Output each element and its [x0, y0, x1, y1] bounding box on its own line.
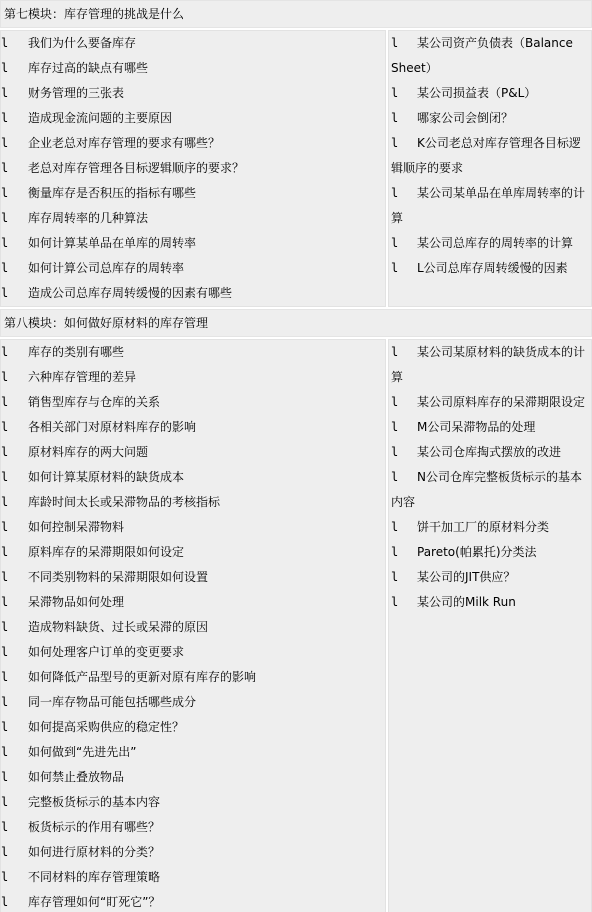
topic-item: l造成现金流问题的主要原因: [1, 106, 385, 131]
topic-text: 如何计算某原材料的缺货成本: [28, 470, 184, 484]
bullet-marker: l: [391, 231, 417, 256]
bullet-marker: l: [1, 890, 28, 912]
case-item: l哪家公司会倒闭？: [391, 106, 591, 131]
case-item: lN公司仓库完整板货标示的基本内容: [391, 465, 591, 515]
topic-text: 造成现金流问题的主要原因: [28, 111, 172, 125]
bullet-marker: l: [1, 390, 28, 415]
bullet-marker: l: [1, 690, 28, 715]
bullet-marker: l: [391, 256, 417, 281]
case-text: 某公司总库存的周转率的计算: [417, 236, 573, 250]
bullet-marker: l: [391, 181, 417, 206]
bullet-marker: l: [1, 540, 28, 565]
topic-item: l如何禁止叠放物品: [1, 765, 385, 790]
module-7-cases: l某公司资产负债表（Balance Sheet） l某公司损益表（P&L） l哪…: [388, 30, 592, 307]
bullet-marker: l: [1, 131, 28, 156]
bullet-marker: l: [1, 665, 28, 690]
case-text: K公司老总对库存管理各目标逻辑顺序的要求: [391, 136, 581, 175]
case-text: 某公司损益表（P&L）: [417, 86, 536, 100]
case-item: l某公司资产负债表（Balance Sheet）: [391, 31, 591, 81]
topic-text: 如何降低产品型号的更新对原有库存的影响: [28, 670, 256, 684]
case-text: 哪家公司会倒闭？: [417, 111, 513, 125]
case-item: lM公司呆滞物品的处理: [391, 415, 591, 440]
topic-item: l呆滞物品如何处理: [1, 590, 385, 615]
bullet-marker: l: [1, 765, 28, 790]
topic-item: l如何计算某单品在单库的周转率: [1, 231, 385, 256]
bullet-marker: l: [391, 106, 417, 131]
topic-text: 呆滞物品如何处理: [28, 595, 124, 609]
case-text: M公司呆滞物品的处理: [417, 420, 535, 434]
topic-text: 原材料库存的两大问题: [28, 445, 148, 459]
topic-text: 如何计算公司总库存的周转率: [28, 261, 184, 275]
case-item: l某公司的Milk Run: [391, 590, 591, 615]
topic-item: l六种库存管理的差异: [1, 365, 385, 390]
bullet-marker: l: [1, 815, 28, 840]
topic-item: l我们为什么要备库存: [1, 31, 385, 56]
topic-text: 各相关部门对原材料库存的影响: [28, 420, 196, 434]
bullet-marker: l: [391, 590, 417, 615]
bullet-marker: l: [1, 715, 28, 740]
bullet-marker: l: [1, 206, 28, 231]
bullet-marker: l: [1, 640, 28, 665]
bullet-marker: l: [391, 565, 417, 590]
topic-text: 如何进行原材料的分类？: [28, 845, 160, 859]
bullet-marker: l: [1, 565, 28, 590]
topic-text: 板货标示的作用有哪些？: [28, 820, 160, 834]
module-8-topics: l库存的类别有哪些 l六种库存管理的差异 l销售型库存与仓库的关系 l各相关部门…: [0, 339, 386, 912]
bullet-marker: l: [1, 840, 28, 865]
bullet-marker: l: [391, 440, 417, 465]
bullet-marker: l: [391, 31, 417, 56]
module-7-topics: l我们为什么要备库存 l库存过高的缺点有哪些 l财务管理的三张表 l造成现金流问…: [0, 30, 386, 307]
topic-item: l原材料库存的两大问题: [1, 440, 385, 465]
bullet-marker: l: [1, 515, 28, 540]
bullet-marker: l: [1, 615, 28, 640]
topic-item: l财务管理的三张表: [1, 81, 385, 106]
topic-text: 如何禁止叠放物品: [28, 770, 124, 784]
case-item: lL公司总库存周转缓慢的因素: [391, 256, 591, 281]
bullet-marker: l: [1, 865, 28, 890]
topic-text: 如何处理客户订单的变更要求: [28, 645, 184, 659]
case-item: l某公司某原材料的缺货成本的计算: [391, 340, 591, 390]
module-8-title: 第八模块：如何做好原材料的库存管理: [0, 309, 592, 337]
module-7-title: 第七模块：库存管理的挑战是什么: [0, 0, 592, 28]
bullet-marker: l: [1, 281, 28, 306]
bullet-marker: l: [1, 790, 28, 815]
topic-text: 财务管理的三张表: [28, 86, 124, 100]
bullet-marker: l: [1, 490, 28, 515]
bullet-marker: l: [1, 365, 28, 390]
case-text: 某公司资产负债表（Balance Sheet）: [391, 36, 573, 75]
case-item: l某公司仓库掏式摆放的改进: [391, 440, 591, 465]
topic-item: l不同材料的库存管理策略: [1, 865, 385, 890]
topic-item: l库存周转率的几种算法: [1, 206, 385, 231]
topic-item: l不同类别物料的呆滞期限如何设置: [1, 565, 385, 590]
case-item: l某公司某单品在单库周转率的计算: [391, 181, 591, 231]
topic-item: l造成公司总库存周转缓慢的因素有哪些: [1, 281, 385, 306]
topic-item: l各相关部门对原材料库存的影响: [1, 415, 385, 440]
case-text: 某公司原料库存的呆滞期限设定: [417, 395, 585, 409]
topic-text: 不同材料的库存管理策略: [28, 870, 160, 884]
bullet-marker: l: [391, 340, 417, 365]
bullet-marker: l: [1, 340, 28, 365]
topic-text: 不同类别物料的呆滞期限如何设置: [28, 570, 208, 584]
topic-text: 原料库存的呆滞期限如何设定: [28, 545, 184, 559]
case-text: 饼干加工厂的原材料分类: [417, 520, 549, 534]
topic-text: 库存的类别有哪些: [28, 345, 124, 359]
topic-text: 老总对库存管理各目标逻辑顺序的要求？: [28, 161, 244, 175]
bullet-marker: l: [1, 590, 28, 615]
case-text: 某公司仓库掏式摆放的改进: [417, 445, 561, 459]
case-text: L公司总库存周转缓慢的因素: [417, 261, 568, 275]
topic-text: 六种库存管理的差异: [28, 370, 136, 384]
bullet-marker: l: [1, 31, 28, 56]
module-8-cases: l某公司某原材料的缺货成本的计算 l某公司原料库存的呆滞期限设定 lM公司呆滞物…: [388, 339, 592, 912]
topic-text: 库存管理如何“盯死它”？: [28, 895, 160, 909]
topic-text: 企业老总对库存管理的要求有哪些？: [28, 136, 220, 150]
case-text: 某公司的JIT供应？: [417, 570, 515, 584]
bullet-marker: l: [1, 81, 28, 106]
bullet-marker: l: [1, 56, 28, 81]
topic-item: l库存的类别有哪些: [1, 340, 385, 365]
topic-item: l同一库存物品可能包括哪些成分: [1, 690, 385, 715]
bullet-marker: l: [391, 131, 417, 156]
topic-item: l如何处理客户订单的变更要求: [1, 640, 385, 665]
topic-item: l库存管理如何“盯死它”？: [1, 890, 385, 912]
course-outline-table: 第七模块：库存管理的挑战是什么 l我们为什么要备库存 l库存过高的缺点有哪些 l…: [0, 0, 592, 912]
bullet-marker: l: [391, 540, 417, 565]
bullet-marker: l: [1, 231, 28, 256]
bullet-marker: l: [391, 415, 417, 440]
topic-text: 完整板货标示的基本内容: [28, 795, 160, 809]
bullet-marker: l: [1, 256, 28, 281]
bullet-marker: l: [1, 440, 28, 465]
bullet-marker: l: [1, 465, 28, 490]
topic-item: l造成物料缺货、过长或呆滞的原因: [1, 615, 385, 640]
topic-text: 库存周转率的几种算法: [28, 211, 148, 225]
case-item: l某公司损益表（P&L）: [391, 81, 591, 106]
topic-item: l衡量库存是否积压的指标有哪些: [1, 181, 385, 206]
topic-text: 如何控制呆滞物料: [28, 520, 124, 534]
bullet-marker: l: [1, 156, 28, 181]
topic-item: l企业老总对库存管理的要求有哪些？: [1, 131, 385, 156]
topic-text: 库龄时间太长或呆滞物品的考核指标: [28, 495, 220, 509]
topic-item: l如何做到“先进先出”: [1, 740, 385, 765]
case-item: l某公司原料库存的呆滞期限设定: [391, 390, 591, 415]
topic-item: l如何计算某原材料的缺货成本: [1, 465, 385, 490]
case-text: 某公司的Milk Run: [417, 595, 516, 609]
case-item: lK公司老总对库存管理各目标逻辑顺序的要求: [391, 131, 591, 181]
case-item: l某公司总库存的周转率的计算: [391, 231, 591, 256]
topic-item: l如何计算公司总库存的周转率: [1, 256, 385, 281]
case-text: 某公司某原材料的缺货成本的计算: [391, 345, 585, 384]
topic-item: l板货标示的作用有哪些？: [1, 815, 385, 840]
case-item: lPareto(帕累托)分类法: [391, 540, 591, 565]
topic-item: l库存过高的缺点有哪些: [1, 56, 385, 81]
case-item: l某公司的JIT供应？: [391, 565, 591, 590]
bullet-marker: l: [391, 515, 417, 540]
topic-text: 同一库存物品可能包括哪些成分: [28, 695, 196, 709]
bullet-marker: l: [391, 390, 417, 415]
topic-text: 销售型库存与仓库的关系: [28, 395, 160, 409]
bullet-marker: l: [1, 740, 28, 765]
topic-item: l完整板货标示的基本内容: [1, 790, 385, 815]
topic-text: 我们为什么要备库存: [28, 36, 136, 50]
case-item: l饼干加工厂的原材料分类: [391, 515, 591, 540]
bullet-marker: l: [1, 106, 28, 131]
topic-item: l如何进行原材料的分类？: [1, 840, 385, 865]
topic-text: 造成公司总库存周转缓慢的因素有哪些: [28, 286, 232, 300]
bullet-marker: l: [1, 415, 28, 440]
case-text: Pareto(帕累托)分类法: [417, 545, 537, 559]
topic-item: l老总对库存管理各目标逻辑顺序的要求？: [1, 156, 385, 181]
bullet-marker: l: [391, 465, 417, 490]
topic-item: l如何提高采购供应的稳定性？: [1, 715, 385, 740]
bullet-marker: l: [391, 81, 417, 106]
topic-item: l销售型库存与仓库的关系: [1, 390, 385, 415]
topic-text: 如何计算某单品在单库的周转率: [28, 236, 196, 250]
topic-text: 衡量库存是否积压的指标有哪些: [28, 186, 196, 200]
case-text: N公司仓库完整板货标示的基本内容: [391, 470, 582, 509]
topic-text: 库存过高的缺点有哪些: [28, 61, 148, 75]
topic-text: 如何做到“先进先出”: [28, 745, 136, 759]
topic-item: l如何控制呆滞物料: [1, 515, 385, 540]
case-text: 某公司某单品在单库周转率的计算: [391, 186, 585, 225]
topic-item: l如何降低产品型号的更新对原有库存的影响: [1, 665, 385, 690]
topic-text: 造成物料缺货、过长或呆滞的原因: [28, 620, 208, 634]
topic-item: l库龄时间太长或呆滞物品的考核指标: [1, 490, 385, 515]
topic-item: l原料库存的呆滞期限如何设定: [1, 540, 385, 565]
topic-text: 如何提高采购供应的稳定性？: [28, 720, 184, 734]
bullet-marker: l: [1, 181, 28, 206]
